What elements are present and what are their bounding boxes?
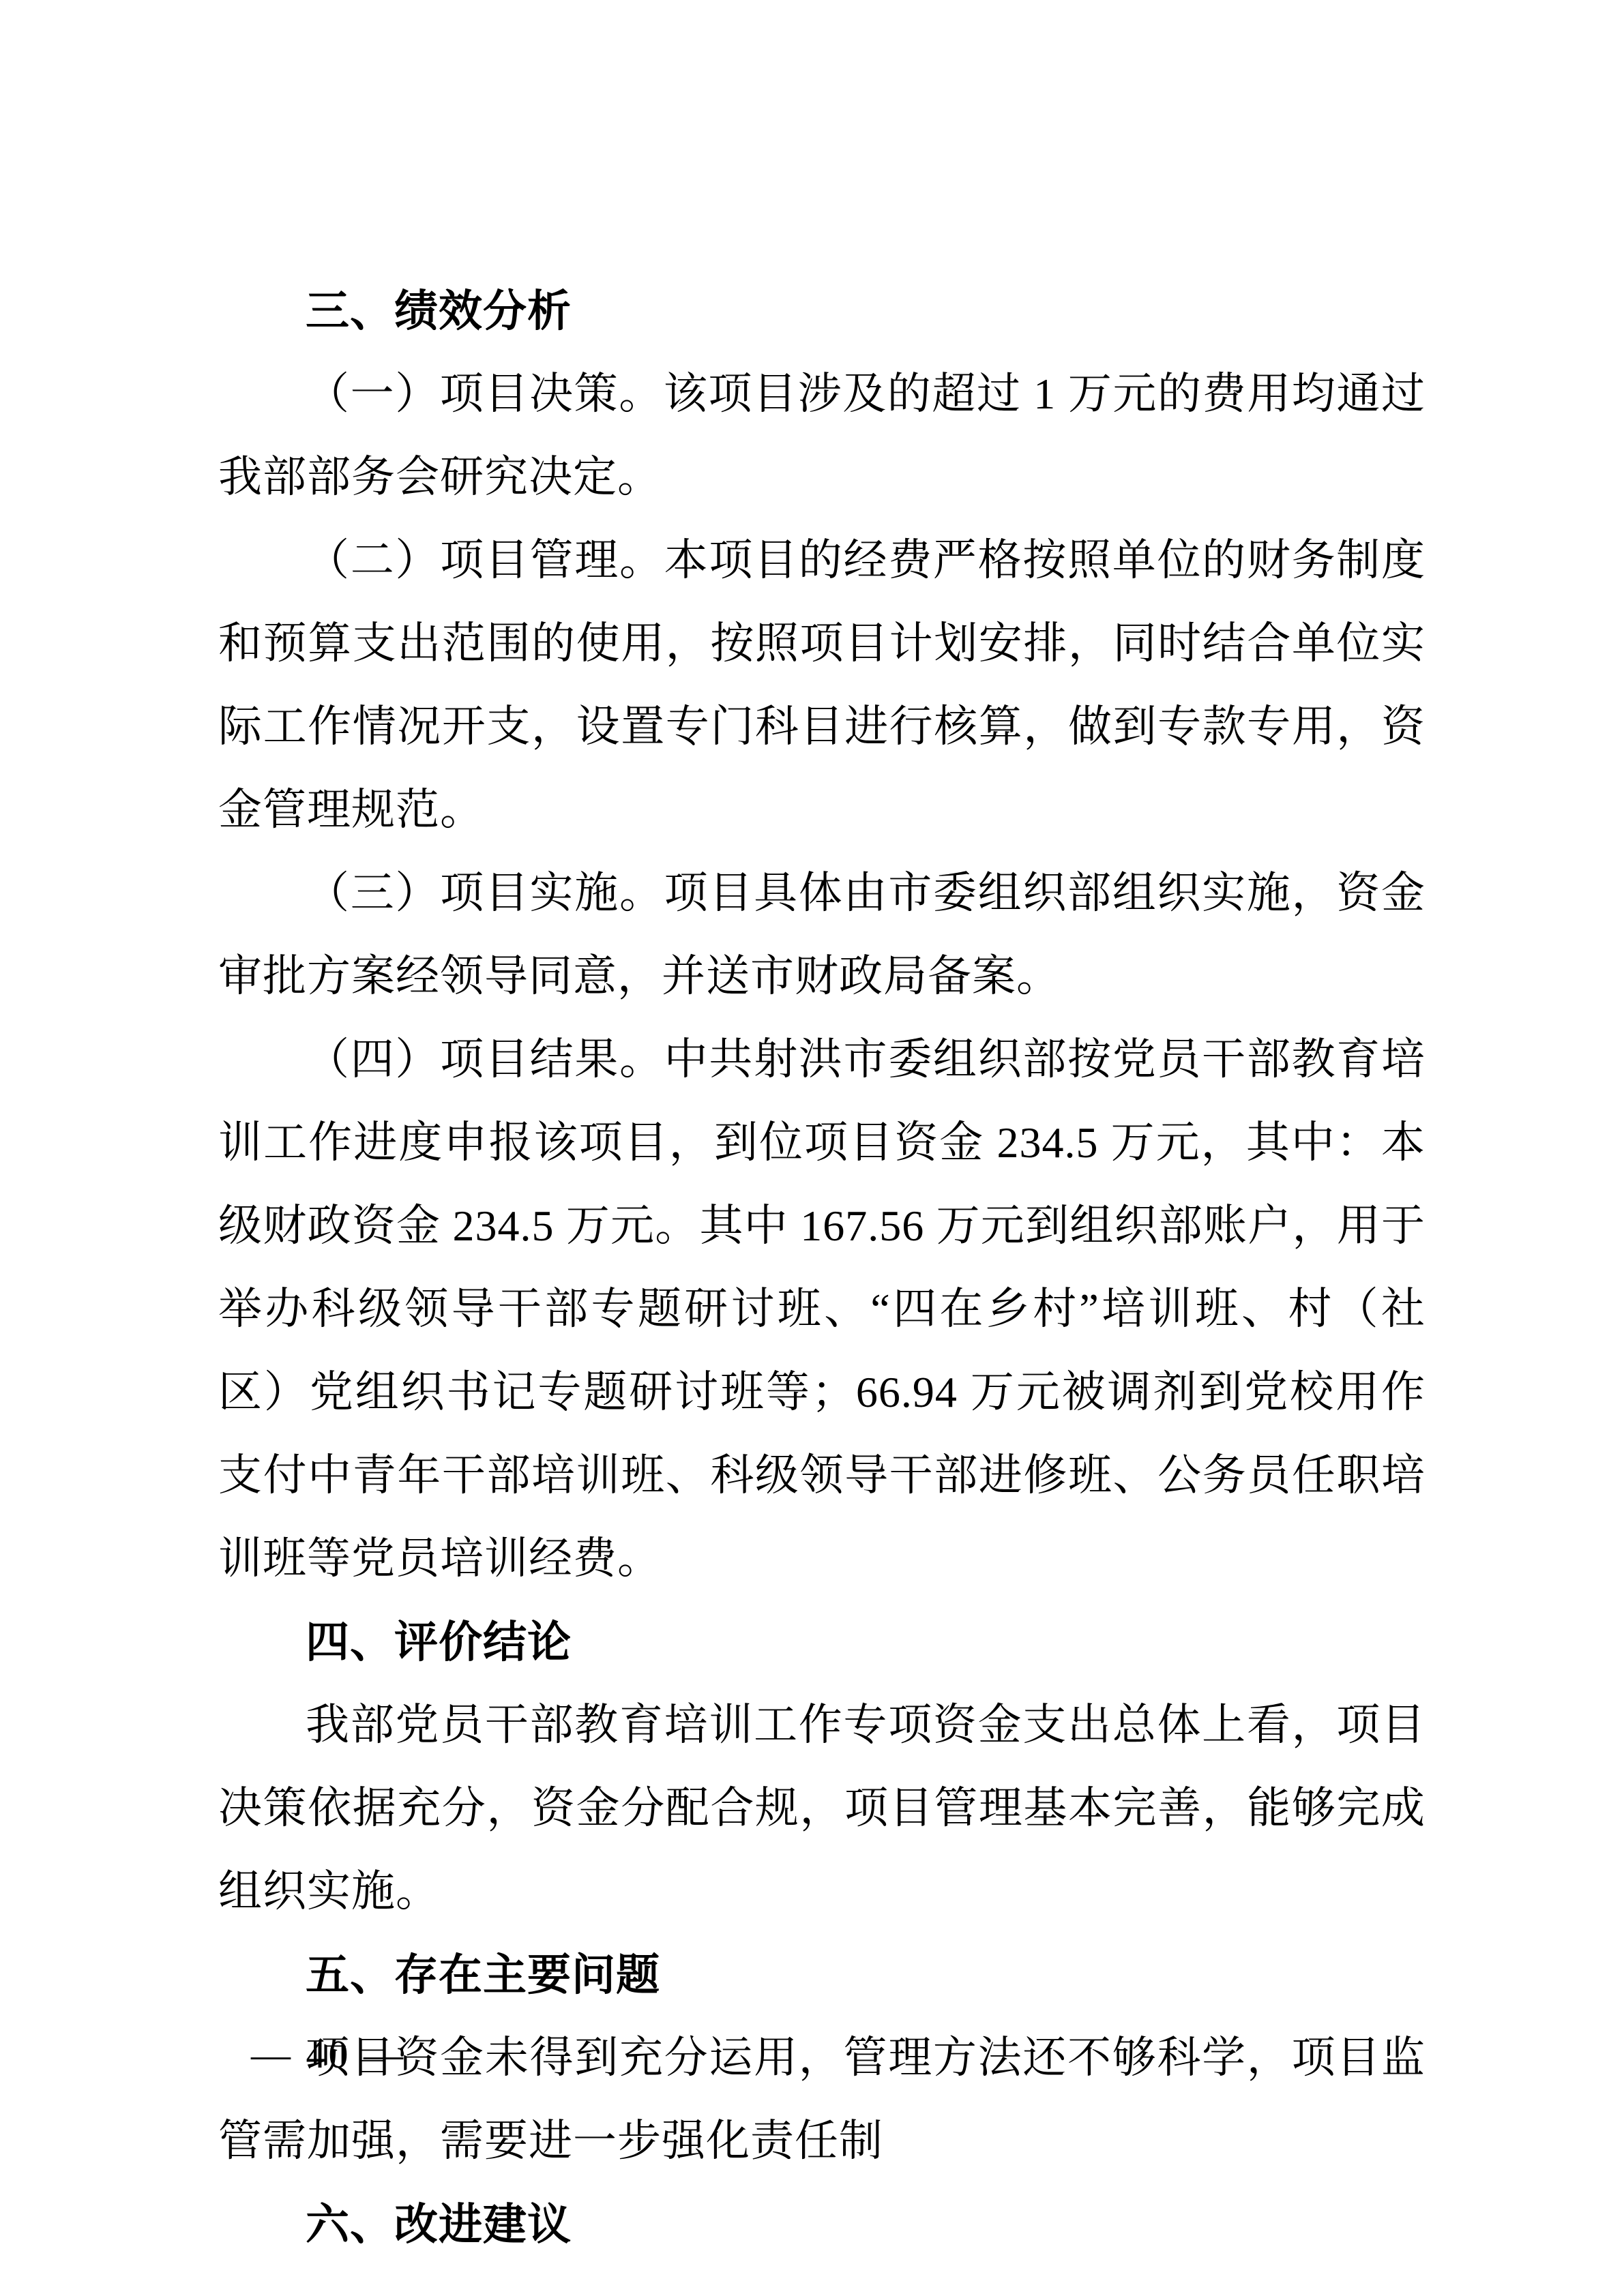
para-project-management: （二）项目管理。本项目的经费严格按照单位的财务制度和预算支出范围的使用，按照项目… — [218, 519, 1426, 852]
section-heading-improvement-suggestions: 六、改进建议 — [218, 2183, 1426, 2266]
document-page: 三、绩效分析 （一）项目决策。该项目涉及的超过 1 万元的费用均通过我部部务会研… — [0, 0, 1624, 2296]
para-evaluation-conclusion: 我部党员干部教育培训工作专项资金支出总体上看，项目决策依据充分，资金分配合规，项… — [218, 1684, 1426, 1933]
section-heading-performance-analysis: 三、绩效分析 — [218, 269, 1426, 353]
para-project-implementation: （三）项目实施。项目具体由市委组织部组织实施，资金审批方案经领导同意，并送市财政… — [218, 852, 1426, 1018]
para-project-results: （四）项目结果。中共射洪市委组织部按党员干部教育培训工作进度申报该项目，到位项目… — [218, 1018, 1426, 1600]
section-heading-evaluation-conclusion: 四、评价结论 — [218, 1600, 1426, 1684]
para-project-decision: （一）项目决策。该项目涉及的超过 1 万元的费用均通过我部部务会研究决定。 — [218, 353, 1426, 519]
content-area: 三、绩效分析 （一）项目决策。该项目涉及的超过 1 万元的费用均通过我部部务会研… — [218, 269, 1426, 2266]
section-heading-main-problems: 五、存在主要问题 — [218, 1933, 1426, 2016]
page-number: — 40 — — [251, 2017, 406, 2092]
